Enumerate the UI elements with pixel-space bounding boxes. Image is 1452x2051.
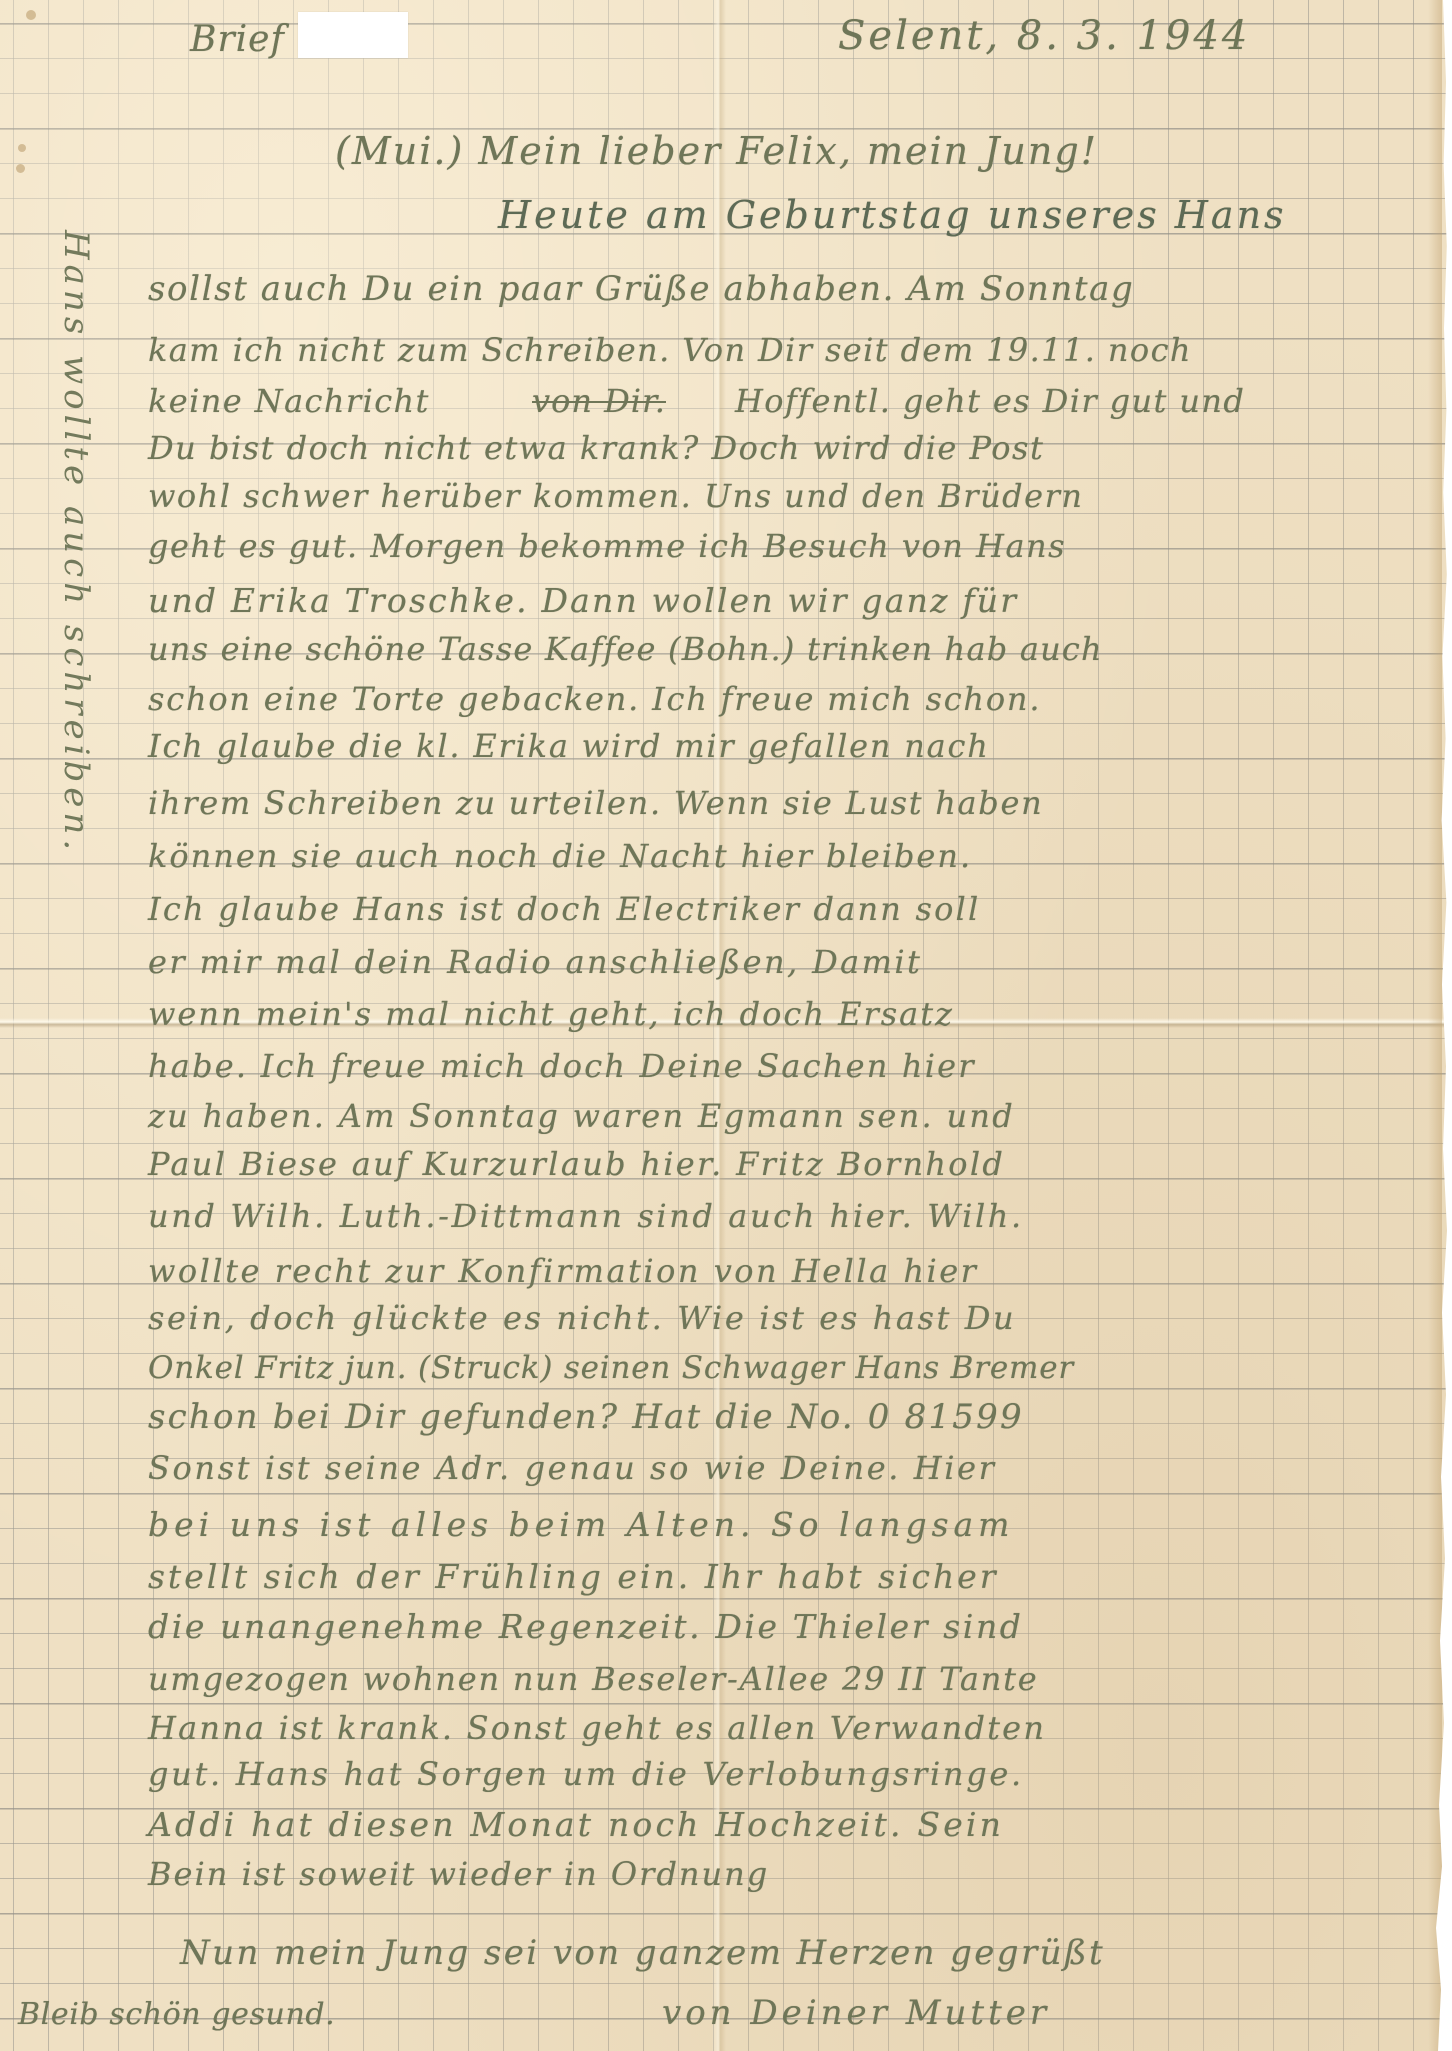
body-line: keine Nachricht — [148, 385, 430, 417]
body-line: und Wilh. Luth.-Dittmann sind auch hier.… — [148, 1200, 1024, 1232]
body-line: und Erika Troschke. Dann wollen wir ganz… — [148, 584, 1018, 617]
torn-edge-shadow — [1428, 0, 1442, 2051]
body-line: stellt sich der Frühling ein. Ihr habt s… — [148, 1560, 999, 1593]
body-line: geht es gut. Morgen bekomme ich Besuch v… — [148, 530, 1066, 562]
body-line: Paul Biese auf Kurzurlaub hier. Fritz Bo… — [148, 1148, 1005, 1180]
body-line: uns eine schöne Tasse Kaffee (Bohn.) tri… — [148, 633, 1103, 665]
redacted-patch — [298, 12, 408, 58]
body-line: wenn mein's mal nicht geht, ich doch Ers… — [148, 998, 954, 1030]
body-line: Heute am Geburtstag unseres Hans — [498, 196, 1287, 234]
body-line: Hoffentl. geht es Dir gut und — [735, 385, 1245, 417]
body-line: er mir mal dein Radio anschließen, Damit — [148, 946, 922, 978]
body-line: Sonst ist seine Adr. genau so wie Deine.… — [148, 1452, 997, 1484]
body-line: bei uns ist alles beim Alten. So langsam — [148, 1508, 1014, 1541]
body-line: wollte recht zur Konfirmation von Hella … — [148, 1255, 978, 1287]
body-line: Addi hat diesen Monat noch Hochzeit. Sei… — [148, 1808, 1004, 1841]
postscript: Bleib schön gesund. — [18, 2000, 335, 2030]
body-line: umgezogen wohnen nun Beseler-Allee 29 II… — [148, 1663, 1039, 1695]
paper-stain — [16, 164, 25, 173]
body-line: zu haben. Am Sonntag waren Egmann sen. u… — [148, 1100, 1015, 1132]
letter-label: Brief — [190, 22, 285, 58]
body-line: Du bist doch nicht etwa krank? Doch wird… — [148, 432, 1044, 464]
body-line: Bein ist soweit wieder in Ordnung — [148, 1858, 769, 1890]
body-line: gut. Hans hat Sorgen um die Verlobungsri… — [148, 1758, 1024, 1790]
signature: von Deiner Mutter — [662, 1996, 1050, 2030]
body-line: Ich glaube Hans ist doch Electriker dann… — [148, 893, 980, 925]
body-line: sollst auch Du ein paar Grüße abhaben. A… — [148, 272, 1134, 306]
margin-note: Hans wollte auch schreiben. — [56, 230, 96, 855]
body-line: habe. Ich freue mich doch Deine Sachen h… — [148, 1050, 976, 1082]
body-line: kam ich nicht zum Schreiben. Von Dir sei… — [148, 334, 1192, 366]
body-line: sein, doch glückte es nicht. Wie ist es … — [148, 1302, 1016, 1334]
place-date: Selent, 8. 3. 1944 — [838, 16, 1250, 56]
body-line: schon eine Torte gebacken. Ich freue mic… — [148, 683, 1041, 715]
closing-line: Nun mein Jung sei von ganzem Herzen gegr… — [180, 1936, 1105, 1970]
body-line: ihrem Schreiben zu urteilen. Wenn sie Lu… — [148, 787, 1043, 819]
paper-stain — [26, 10, 36, 20]
letter-page: Brief Selent, 8. 3. 1944 (Mui.) Mein lie… — [0, 0, 1452, 2051]
body-line: Hanna ist krank. Sonst geht es allen Ver… — [148, 1712, 1046, 1744]
body-line: schon bei Dir gefunden? Hat die No. 0 81… — [148, 1400, 1024, 1434]
body-line: wohl schwer herüber kommen. Uns und den … — [148, 480, 1084, 512]
salutation: (Mui.) Mein lieber Felix, mein Jung! — [335, 132, 1098, 170]
body-line: Onkel Fritz jun. (Struck) seinen Schwage… — [148, 1353, 1074, 1384]
body-line: die unangenehme Regenzeit. Die Thieler s… — [148, 1610, 1024, 1643]
paper-stain — [18, 144, 26, 152]
body-line: Ich glaube die kl. Erika wird mir gefall… — [148, 730, 990, 762]
struck-out-text: von Dir. — [532, 385, 666, 417]
body-line: können sie auch noch die Nacht hier blei… — [148, 840, 972, 872]
